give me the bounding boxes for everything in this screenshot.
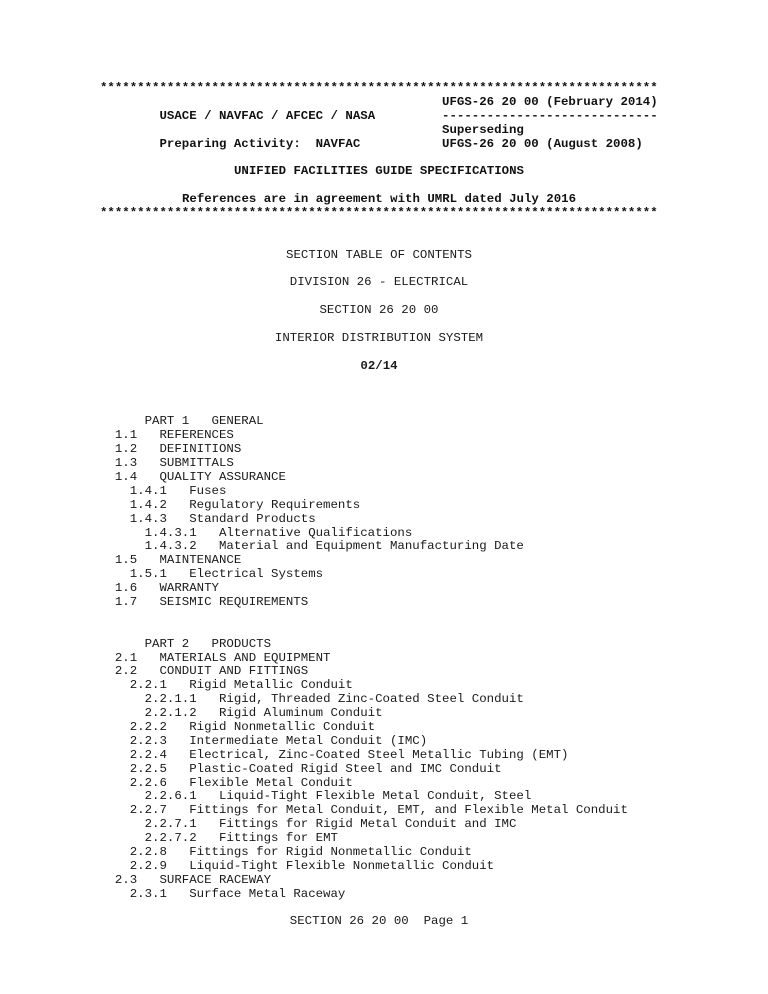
toc-entry-number: 2.1 [115,651,137,665]
ufgs-title: UNIFIED FACILITIES GUIDE SPECIFICATIONS [100,165,658,179]
toc-entry-number: 2.2.1.2 [145,706,197,720]
toc-entry-number: 1.3 [115,456,137,470]
toc-entry: 2.2.3Intermediate Metal Conduit (IMC) [100,735,658,749]
header-row-preparing: Preparing Activity: NAVFAC Superseding [100,124,658,138]
spec-number-superseded: UFGS-26 20 00 (August 2008) [442,138,643,152]
toc-entry: 1.7SEISMIC REQUIREMENTS [100,596,658,610]
toc-entry-title: Alternative Qualifications [219,526,412,540]
toc-entry-number: 1.4 [115,470,137,484]
banner-star-line-bottom: ****************************************… [100,207,658,221]
toc-entry-title: Fittings for EMT [219,831,338,845]
toc-entry-number: 2.2.2 [130,720,167,734]
toc-entry: 2.2.1.2Rigid Aluminum Conduit [100,707,658,721]
toc-entry-title: Fittings for Rigid Nonmetallic Conduit [189,845,472,859]
toc-entry-title: DEFINITIONS [159,442,241,456]
header-row-agencies: USACE / NAVFAC / AFCEC / NASA UFGS-26 20… [100,96,658,110]
toc-entry: 2.1MATERIALS AND EQUIPMENT [100,652,658,666]
toc-entry-number: 2.2.6.1 [145,789,197,803]
toc-entry: 2.2.7.2Fittings for EMT [100,832,658,846]
toc-part-1-entries: 1.1REFERENCES1.2DEFINITIONS1.3SUBMITTALS… [100,429,658,610]
toc-entry: 1.1REFERENCES [100,429,658,443]
document-text-column: ****************************************… [100,82,658,929]
toc-entry: 1.4.3.2Material and Equipment Manufactur… [100,540,658,554]
header-row-divider: ----------------------------- [100,110,658,124]
toc-entry-title: Flexible Metal Conduit [189,776,353,790]
toc-entry-number: 2.2.1.1 [145,692,197,706]
toc-entry: 2.2.1Rigid Metallic Conduit [100,679,658,693]
toc-entry: 1.6WARRANTY [100,582,658,596]
toc-entry-number: 1.4.3.2 [145,539,197,553]
toc-entry: 1.5MAINTENANCE [100,554,658,568]
toc-entry-title: Regulatory Requirements [189,498,360,512]
toc-entry: 2.2.5Plastic-Coated Rigid Steel and IMC … [100,763,658,777]
toc-entry: 1.4.3.1Alternative Qualifications [100,527,658,541]
toc-entry-title: Fuses [189,484,226,498]
toc-entry-title: Electrical Systems [189,567,323,581]
toc-entry: 1.4QUALITY ASSURANCE [100,471,658,485]
part-2-label: PART 2 [145,637,190,651]
toc-heading: SECTION TABLE OF CONTENTS [100,249,658,263]
toc-entry-title: SURFACE RACEWAY [159,873,271,887]
toc-entry: 2.2.8Fittings for Rigid Nonmetallic Cond… [100,846,658,860]
toc-entry-title: Fittings for Rigid Metal Conduit and IMC [219,817,516,831]
toc-entry-title: MAINTENANCE [159,553,241,567]
toc-entry-number: 2.2.9 [130,859,167,873]
toc-entry-title: Liquid-Tight Flexible Metal Conduit, Ste… [219,789,531,803]
toc-entry-title: Surface Metal Raceway [189,887,345,901]
section-number-heading: SECTION 26 20 00 [100,304,658,318]
toc-entry: 1.5.1Electrical Systems [100,568,658,582]
toc-entry: 2.3SURFACE RACEWAY [100,874,658,888]
toc-entry-title: Rigid Aluminum Conduit [219,706,383,720]
section-title-heading: INTERIOR DISTRIBUTION SYSTEM [100,332,658,346]
spec-number-divider: ----------------------------- [442,110,658,124]
toc-entry: 2.2.6Flexible Metal Conduit [100,777,658,791]
toc-entry: 2.2.7.1Fittings for Rigid Metal Conduit … [100,818,658,832]
toc-entry-number: 2.2.3 [130,734,167,748]
banner-star-line-top: ****************************************… [100,82,658,96]
toc-entry-number: 1.4.3.1 [145,526,197,540]
revision-date: 02/14 [100,360,658,374]
document-page: ****************************************… [0,0,768,994]
superseding-label: Superseding [442,124,524,138]
toc-entry-number: 2.2.4 [130,748,167,762]
toc-entry-title: QUALITY ASSURANCE [159,470,285,484]
toc-entry-number: 1.4.3 [130,512,167,526]
toc-entry-number: 1.7 [115,595,137,609]
toc-entry-title: REFERENCES [159,428,233,442]
toc-entry: 1.4.3Standard Products [100,513,658,527]
toc-entry-number: 1.5 [115,553,137,567]
toc-entry: 2.2.4Electrical, Zinc-Coated Steel Metal… [100,749,658,763]
toc-entry-title: MATERIALS AND EQUIPMENT [159,651,330,665]
part-1-title: GENERAL [212,414,264,428]
toc-entry-number: 2.2.7.2 [145,831,197,845]
toc-entry-title: Standard Products [189,512,315,526]
header-row-superseded: UFGS-26 20 00 (August 2008) [100,138,658,152]
toc-entry-number: 1.5.1 [130,567,167,581]
toc-entry: 1.4.2Regulatory Requirements [100,499,658,513]
toc-entry-number: 1.1 [115,428,137,442]
toc-entry-title: Rigid Metallic Conduit [189,678,353,692]
page-footer: SECTION 26 20 00 Page 1 [100,915,658,929]
toc-entry-number: 1.4.1 [130,484,167,498]
part-1-heading: PART 1GENERAL [100,402,658,416]
toc-entry-number: 2.2.5 [130,762,167,776]
toc-entry: 2.2.1.1Rigid, Threaded Zinc-Coated Steel… [100,693,658,707]
toc-entry-title: SEISMIC REQUIREMENTS [159,595,308,609]
part-1-label: PART 1 [145,414,190,428]
toc-entry-title: SUBMITTALS [159,456,233,470]
toc-entry-title: Fittings for Metal Conduit, EMT, and Fle… [189,803,628,817]
toc-entry: 2.2.6.1Liquid-Tight Flexible Metal Condu… [100,790,658,804]
toc-entry-number: 2.2.1 [130,678,167,692]
toc-entry-number: 1.4.2 [130,498,167,512]
spec-header-banner: ****************************************… [100,82,658,221]
toc-entry: 2.2.7Fittings for Metal Conduit, EMT, an… [100,804,658,818]
toc-entry: 1.4.1Fuses [100,485,658,499]
toc-entry-title: WARRANTY [159,581,219,595]
toc-part-2-entries: 2.1MATERIALS AND EQUIPMENT2.2CONDUIT AND… [100,652,658,902]
toc-entry-number: 1.2 [115,442,137,456]
toc-entry-title: Rigid, Threaded Zinc-Coated Steel Condui… [219,692,524,706]
toc-entry: 1.2DEFINITIONS [100,443,658,457]
toc-entry: 2.2.9Liquid-Tight Flexible Nonmetallic C… [100,860,658,874]
toc-entry-title: Rigid Nonmetallic Conduit [189,720,375,734]
toc-entry-number: 2.2.7.1 [145,817,197,831]
toc-entry: 2.2CONDUIT AND FITTINGS [100,665,658,679]
toc-entry-title: CONDUIT AND FITTINGS [159,664,308,678]
toc-entry-title: Liquid-Tight Flexible Nonmetallic Condui… [189,859,494,873]
toc-entry-number: 2.2.8 [130,845,167,859]
umrl-references-note: References are in agreement with UMRL da… [100,193,658,207]
spec-number-current: UFGS-26 20 00 (February 2014) [442,96,658,110]
toc-entry-number: 1.6 [115,581,137,595]
toc-entry-number: 2.2 [115,664,137,678]
toc-entry: 2.3.1Surface Metal Raceway [100,888,658,902]
toc-entry-number: 2.3.1 [130,887,167,901]
toc-entry-title: Intermediate Metal Conduit (IMC) [189,734,427,748]
toc-entry: 1.3SUBMITTALS [100,457,658,471]
toc-entry: 2.2.2Rigid Nonmetallic Conduit [100,721,658,735]
part-2-title: PRODUCTS [212,637,272,651]
toc-entry-number: 2.2.7 [130,803,167,817]
part-2-heading: PART 2PRODUCTS [100,624,658,638]
toc-entry-title: Material and Equipment Manufacturing Dat… [219,539,524,553]
toc-entry-number: 2.3 [115,873,137,887]
toc-entry-title: Plastic-Coated Rigid Steel and IMC Condu… [189,762,501,776]
toc-entry-number: 2.2.6 [130,776,167,790]
toc-entry-title: Electrical, Zinc-Coated Steel Metallic T… [189,748,568,762]
division-heading: DIVISION 26 - ELECTRICAL [100,276,658,290]
